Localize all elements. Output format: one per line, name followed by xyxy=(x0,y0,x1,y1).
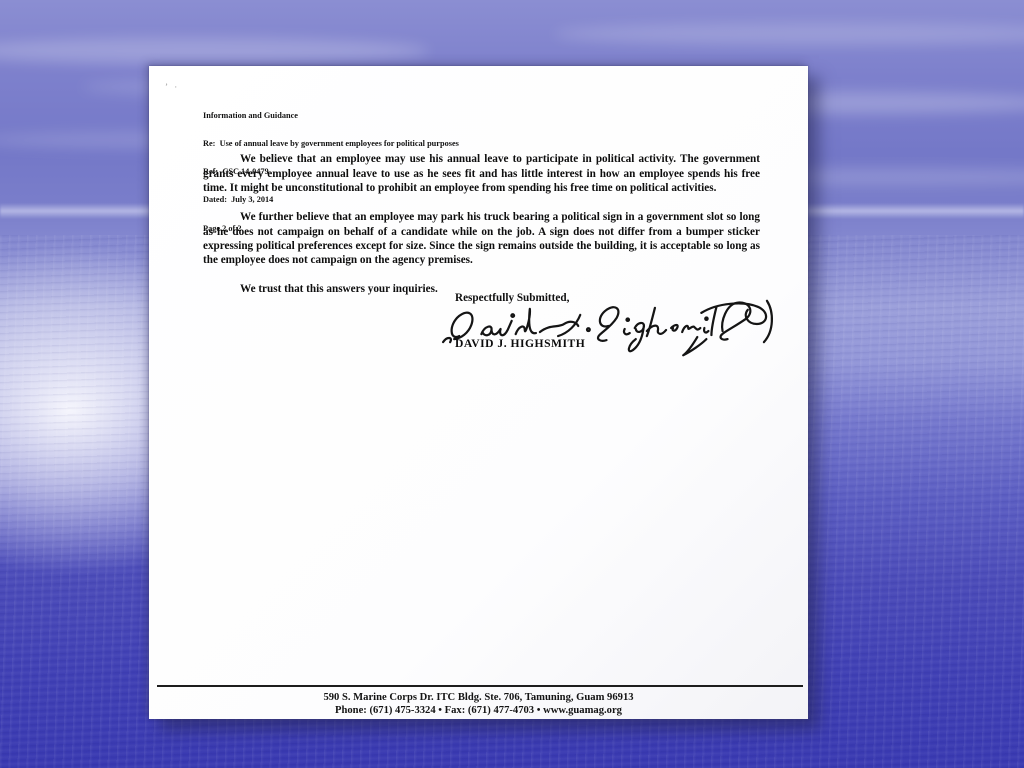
letter-paragraph: We further believe that an employee may … xyxy=(203,210,760,268)
cloud-streak xyxy=(0,38,430,64)
pencil-mark: ʼ · xyxy=(165,82,179,92)
letter-document: ʼ · Information and Guidance Re: Use of … xyxy=(149,66,808,719)
footer-divider xyxy=(157,685,803,687)
footer-contact: Phone: (671) 475-3324 • Fax: (671) 477-4… xyxy=(149,705,808,718)
letter-paragraph: We believe that an employee may use his … xyxy=(203,152,760,195)
signature-stroke xyxy=(443,338,451,342)
signature-stroke xyxy=(587,328,590,331)
signer-typed-name: DAVID J. HIGHSMITH xyxy=(455,337,585,350)
signature-stroke xyxy=(452,313,473,339)
footer-address: 590 S. Marine Corps Dr. ITC Bldg. Ste. 7… xyxy=(149,692,808,705)
letter-paragraph: We trust that this answers your inquirie… xyxy=(203,282,438,296)
letter-footer: 590 S. Marine Corps Dr. ITC Bldg. Ste. 7… xyxy=(149,692,808,717)
highsmith-signature xyxy=(437,294,775,360)
signature-stroke xyxy=(683,337,706,355)
letter-header-line: Re: Use of annual leave by government em… xyxy=(203,139,459,148)
signature-stroke xyxy=(598,307,618,341)
signature-stroke xyxy=(701,303,766,324)
signature-stroke xyxy=(624,308,666,351)
letter-header-line: Dated: July 3, 2014 xyxy=(203,195,459,204)
signature-stroke xyxy=(481,309,535,335)
cloud-streak xyxy=(553,23,1024,45)
slide-background: ʼ · Information and Guidance Re: Use of … xyxy=(0,0,1024,768)
letter-header-line: Information and Guidance xyxy=(203,111,459,120)
